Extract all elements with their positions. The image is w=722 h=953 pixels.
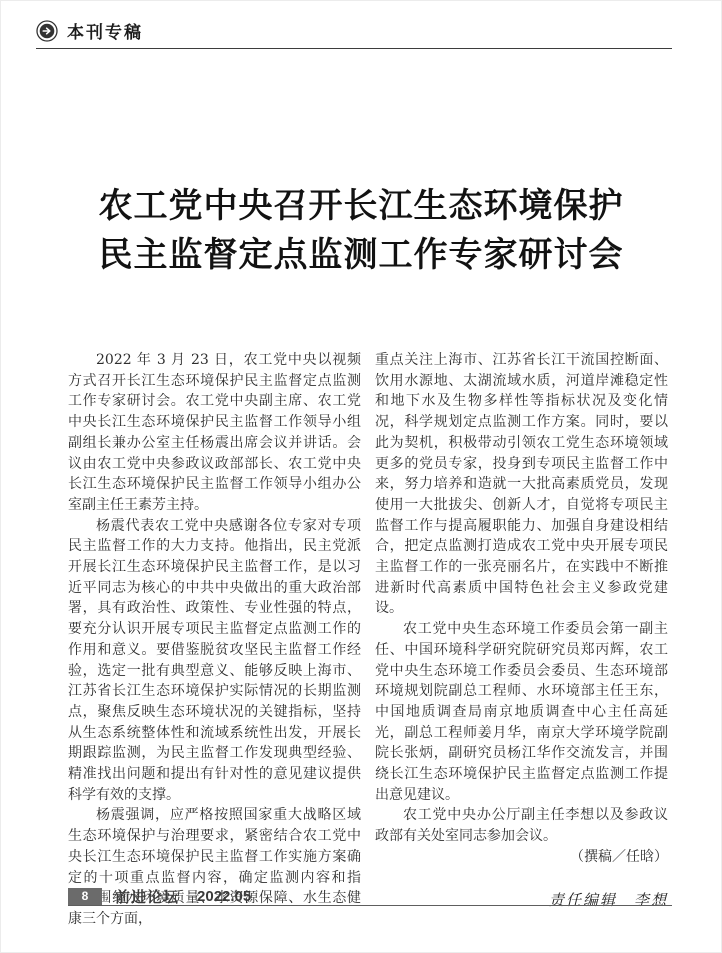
paragraph-5: 农工党中央办公厅副主任李想以及参政议政部有关处室同志参加会议。 xyxy=(375,805,668,846)
circled-arrow-icon xyxy=(36,20,58,42)
page-footer: 8 前进论坛 2022.05 xyxy=(68,887,672,906)
right-column: 重点关注上海市、江苏省长江干流国控断面、饮用水源地、太湖流域水质，河道岸滩稳定性… xyxy=(375,350,668,930)
byline: （撰稿／任晗） xyxy=(375,847,668,868)
paragraph-1: 2022 年 3 月 23 日，农工党中央以视频方式召开长江生态环境保护民主监督… xyxy=(68,350,361,516)
page-number-badge: 8 xyxy=(68,888,102,905)
article-title-line2: 民主监督定点监测工作专家研讨会 xyxy=(99,236,624,274)
article-title-line1: 农工党中央召开长江生态环境保护 xyxy=(99,187,624,225)
article-body: 2022 年 3 月 23 日，农工党中央以视频方式召开长江生态环境保护民主监督… xyxy=(68,350,668,930)
paragraph-4: 农工党中央生态环境工作委员会第一副主任、中国环境科学研究院研究员郑丙辉，农工党中… xyxy=(375,619,668,805)
article-title: 农工党中央召开长江生态环境保护 民主监督定点监测工作专家研讨会 xyxy=(0,182,722,280)
paragraph-3-continued: 重点关注上海市、江苏省长江干流国控断面、饮用水源地、太湖流域水质，河道岸滩稳定性… xyxy=(375,350,668,619)
paragraph-3: 杨震强调，应严格按照国家重大战略区域生态环境保护与治理要求，紧密结合农工党中央长… xyxy=(68,805,361,929)
journal-page: 本刊专稿 农工党中央召开长江生态环境保护 民主监督定点监测工作专家研讨会 202… xyxy=(0,0,722,953)
left-column: 2022 年 3 月 23 日，农工党中央以视频方式召开长江生态环境保护民主监督… xyxy=(68,350,361,930)
paragraph-2: 杨震代表农工党中央感谢各位专家对专项民主监督工作的大力支持。他指出，民主党派开展… xyxy=(68,516,361,806)
journal-name: 前进论坛 xyxy=(115,886,179,907)
section-header: 本刊专稿 xyxy=(36,18,672,49)
section-header-label: 本刊专稿 xyxy=(67,18,143,43)
issue-number: 2022.05 xyxy=(197,888,251,905)
